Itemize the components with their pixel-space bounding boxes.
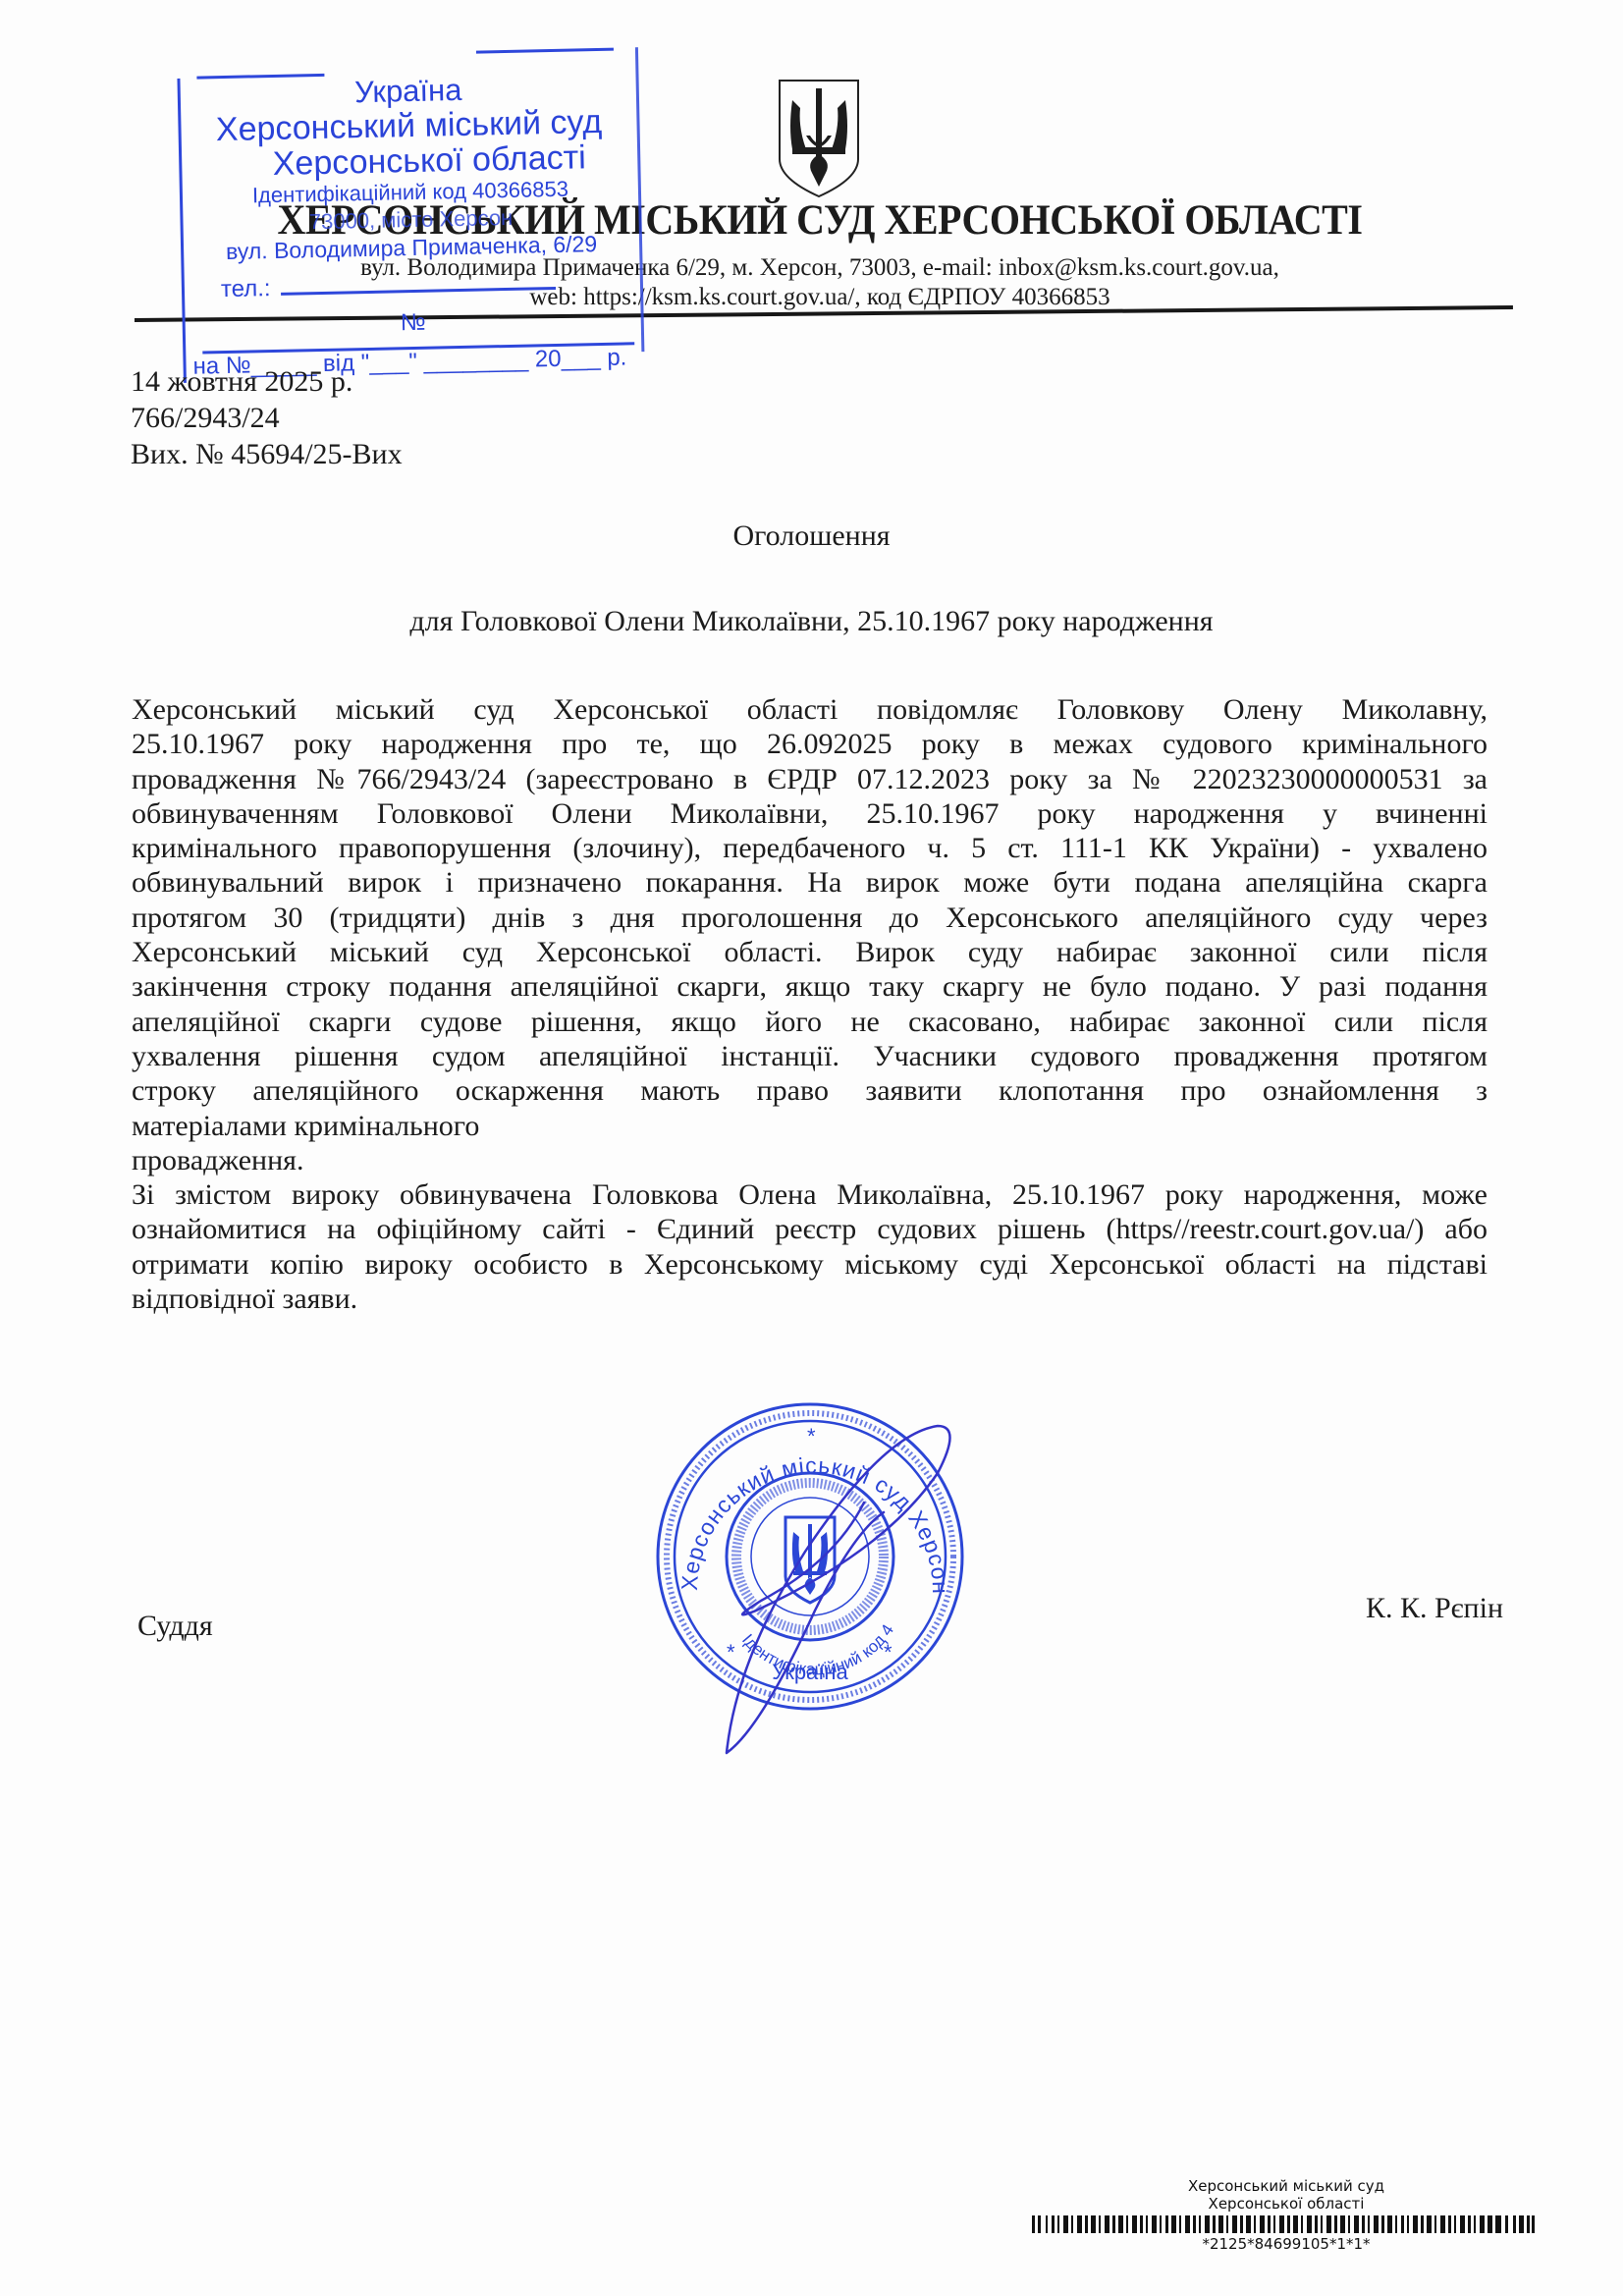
body-line: строку апеляційного оскарження мають пра… [132,1073,1488,1108]
body-line: кримінального правопорушення (злочину), … [132,831,1488,865]
body-line: матеріалами кримінального [132,1109,1488,1143]
body-line: обвинувальний вирок і призначено покаран… [132,865,1488,900]
document-addressee: для Головкової Олени Миколаївни, 25.10.1… [0,604,1623,639]
coat-of-arms-icon [777,79,861,198]
stamp-border [476,48,614,54]
document-body: Херсонський міський суд Херсонської обла… [132,692,1488,1316]
body-line: Херсонський міський суд Херсонської обла… [132,692,1488,727]
access-paragraph: Зі змістом вироку обвинувачена Головкова… [132,1177,1488,1316]
outgoing-number: Вих. № 45694/25-Вих [131,436,403,472]
barcode-org-line2: Херсонської області [1031,2196,1542,2213]
judge-signature [589,1414,1001,1768]
judge-name: К. К. Рєпін [1366,1591,1503,1626]
body-line: відповідної заяви. [132,1282,1488,1316]
notice-paragraph: Херсонський міський суд Херсонської обла… [132,692,1488,1177]
body-line: ознайомитися на офіційному сайті - Єдини… [132,1212,1488,1246]
body-line: отримати копію вироку особисто в Херсонс… [132,1247,1488,1282]
stamp-number-label: № [182,304,643,342]
registration-stamp: Україна Херсонський міський суд Херсонсь… [177,47,645,381]
barcode-number: *2125*84699105*1*1* [1031,2235,1542,2253]
barcode-icon [1032,2215,1535,2233]
document-title: Оголошення [0,519,1623,554]
stamp-phone-label: тел.: [221,275,271,302]
stamp-phone: тел.: [221,266,682,303]
body-line: провадження №766/2943/24 (зареєстровано … [132,762,1488,796]
body-line: Зі змістом вироку обвинувачена Головкова… [132,1177,1488,1212]
barcode-org-line1: Херсонський міський суд [1031,2178,1542,2195]
body-line: провадження. [132,1143,1488,1177]
document-date: 14 жовтня 2025 р. [131,363,352,400]
judge-title: Суддя [137,1609,213,1644]
body-line: ухвалення рішення судом апеляційної інст… [132,1039,1488,1073]
body-line: закінчення строку подання апеляційної ск… [132,969,1488,1004]
body-line: обвинуваченням Головкової Олени Миколаїв… [132,796,1488,831]
body-line: Херсонський міський суд Херсонської обла… [132,935,1488,969]
body-line: протягом 30 (тридцяти) днів з дня прогол… [132,901,1488,935]
body-line: 25.10.1967 року народження про те, що 26… [132,727,1488,761]
body-line: апеляційної скарги судове рішення, якщо … [132,1005,1488,1039]
stamp-phone-blank [281,287,556,296]
case-number: 766/2943/24 [131,400,280,436]
